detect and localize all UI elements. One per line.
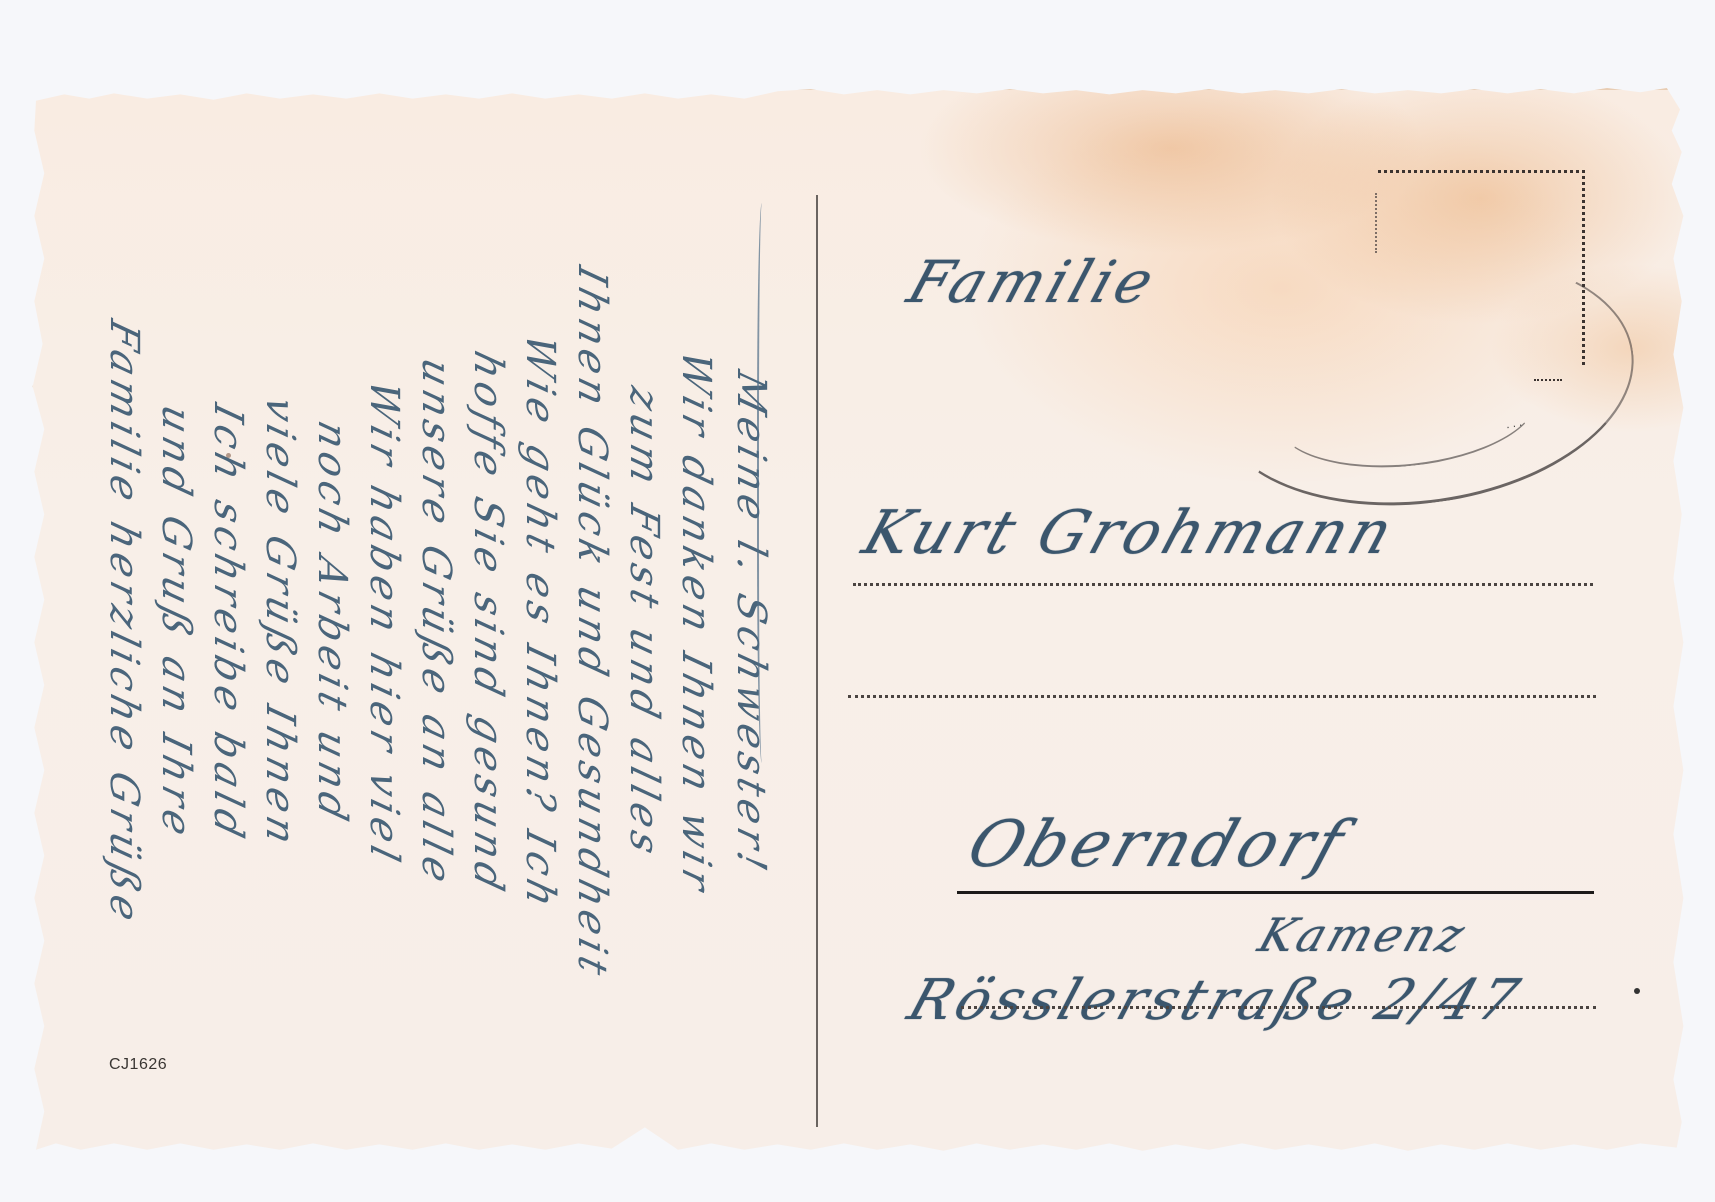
message-column: zum Fest und alles: [619, 133, 669, 1113]
address-line-3: Oberndorf: [959, 808, 1356, 882]
stamp-box-left-edge: [1375, 193, 1377, 253]
address-dotted-line-1: [853, 583, 1593, 586]
message-column: Wie geht es Ihnen? Ich: [515, 133, 565, 1113]
message-column: noch Arbeit und: [307, 133, 357, 1113]
message-column: Ich schreibe bald: [203, 133, 253, 1113]
address-line-4: Kamenz: [1252, 908, 1474, 962]
handwritten-message: Meine l. Schwester! Wir danken Ihnen wir…: [71, 123, 811, 1133]
center-divider-line: [816, 195, 818, 1127]
address-line-5: Rösslerstraße 2/47: [900, 968, 1530, 1033]
greeting-underline: [757, 203, 769, 763]
message-column: Wir haben hier viel: [359, 133, 409, 1113]
message-column: Ihnen Glück und Gesundheit: [567, 133, 617, 1113]
message-column: unsere Grüße an alle: [411, 133, 461, 1113]
postcard: Meine l. Schwester! Wir danken Ihnen wir…: [31, 88, 1690, 1154]
printer-mark: CJ1626: [109, 1056, 167, 1074]
address-line-1: Familie: [900, 248, 1166, 316]
paper-spot: [226, 453, 231, 458]
message-column: und Gruß an Ihre: [151, 133, 201, 1113]
message-column: viele Grüße Ihnen: [255, 133, 305, 1113]
message-column: Familie herzliche Grüße: [99, 133, 149, 1113]
address-dotted-line-3: [961, 1006, 1596, 1009]
message-column: Wir danken Ihnen wir: [671, 133, 721, 1113]
address-line-2: Kurt Grohmann: [855, 498, 1405, 568]
address-dotted-line-2: [848, 695, 1596, 698]
ink-dot: [1634, 988, 1640, 994]
address-solid-line: [957, 891, 1594, 894]
message-column: hoffe Sie sind gesund: [463, 133, 513, 1113]
